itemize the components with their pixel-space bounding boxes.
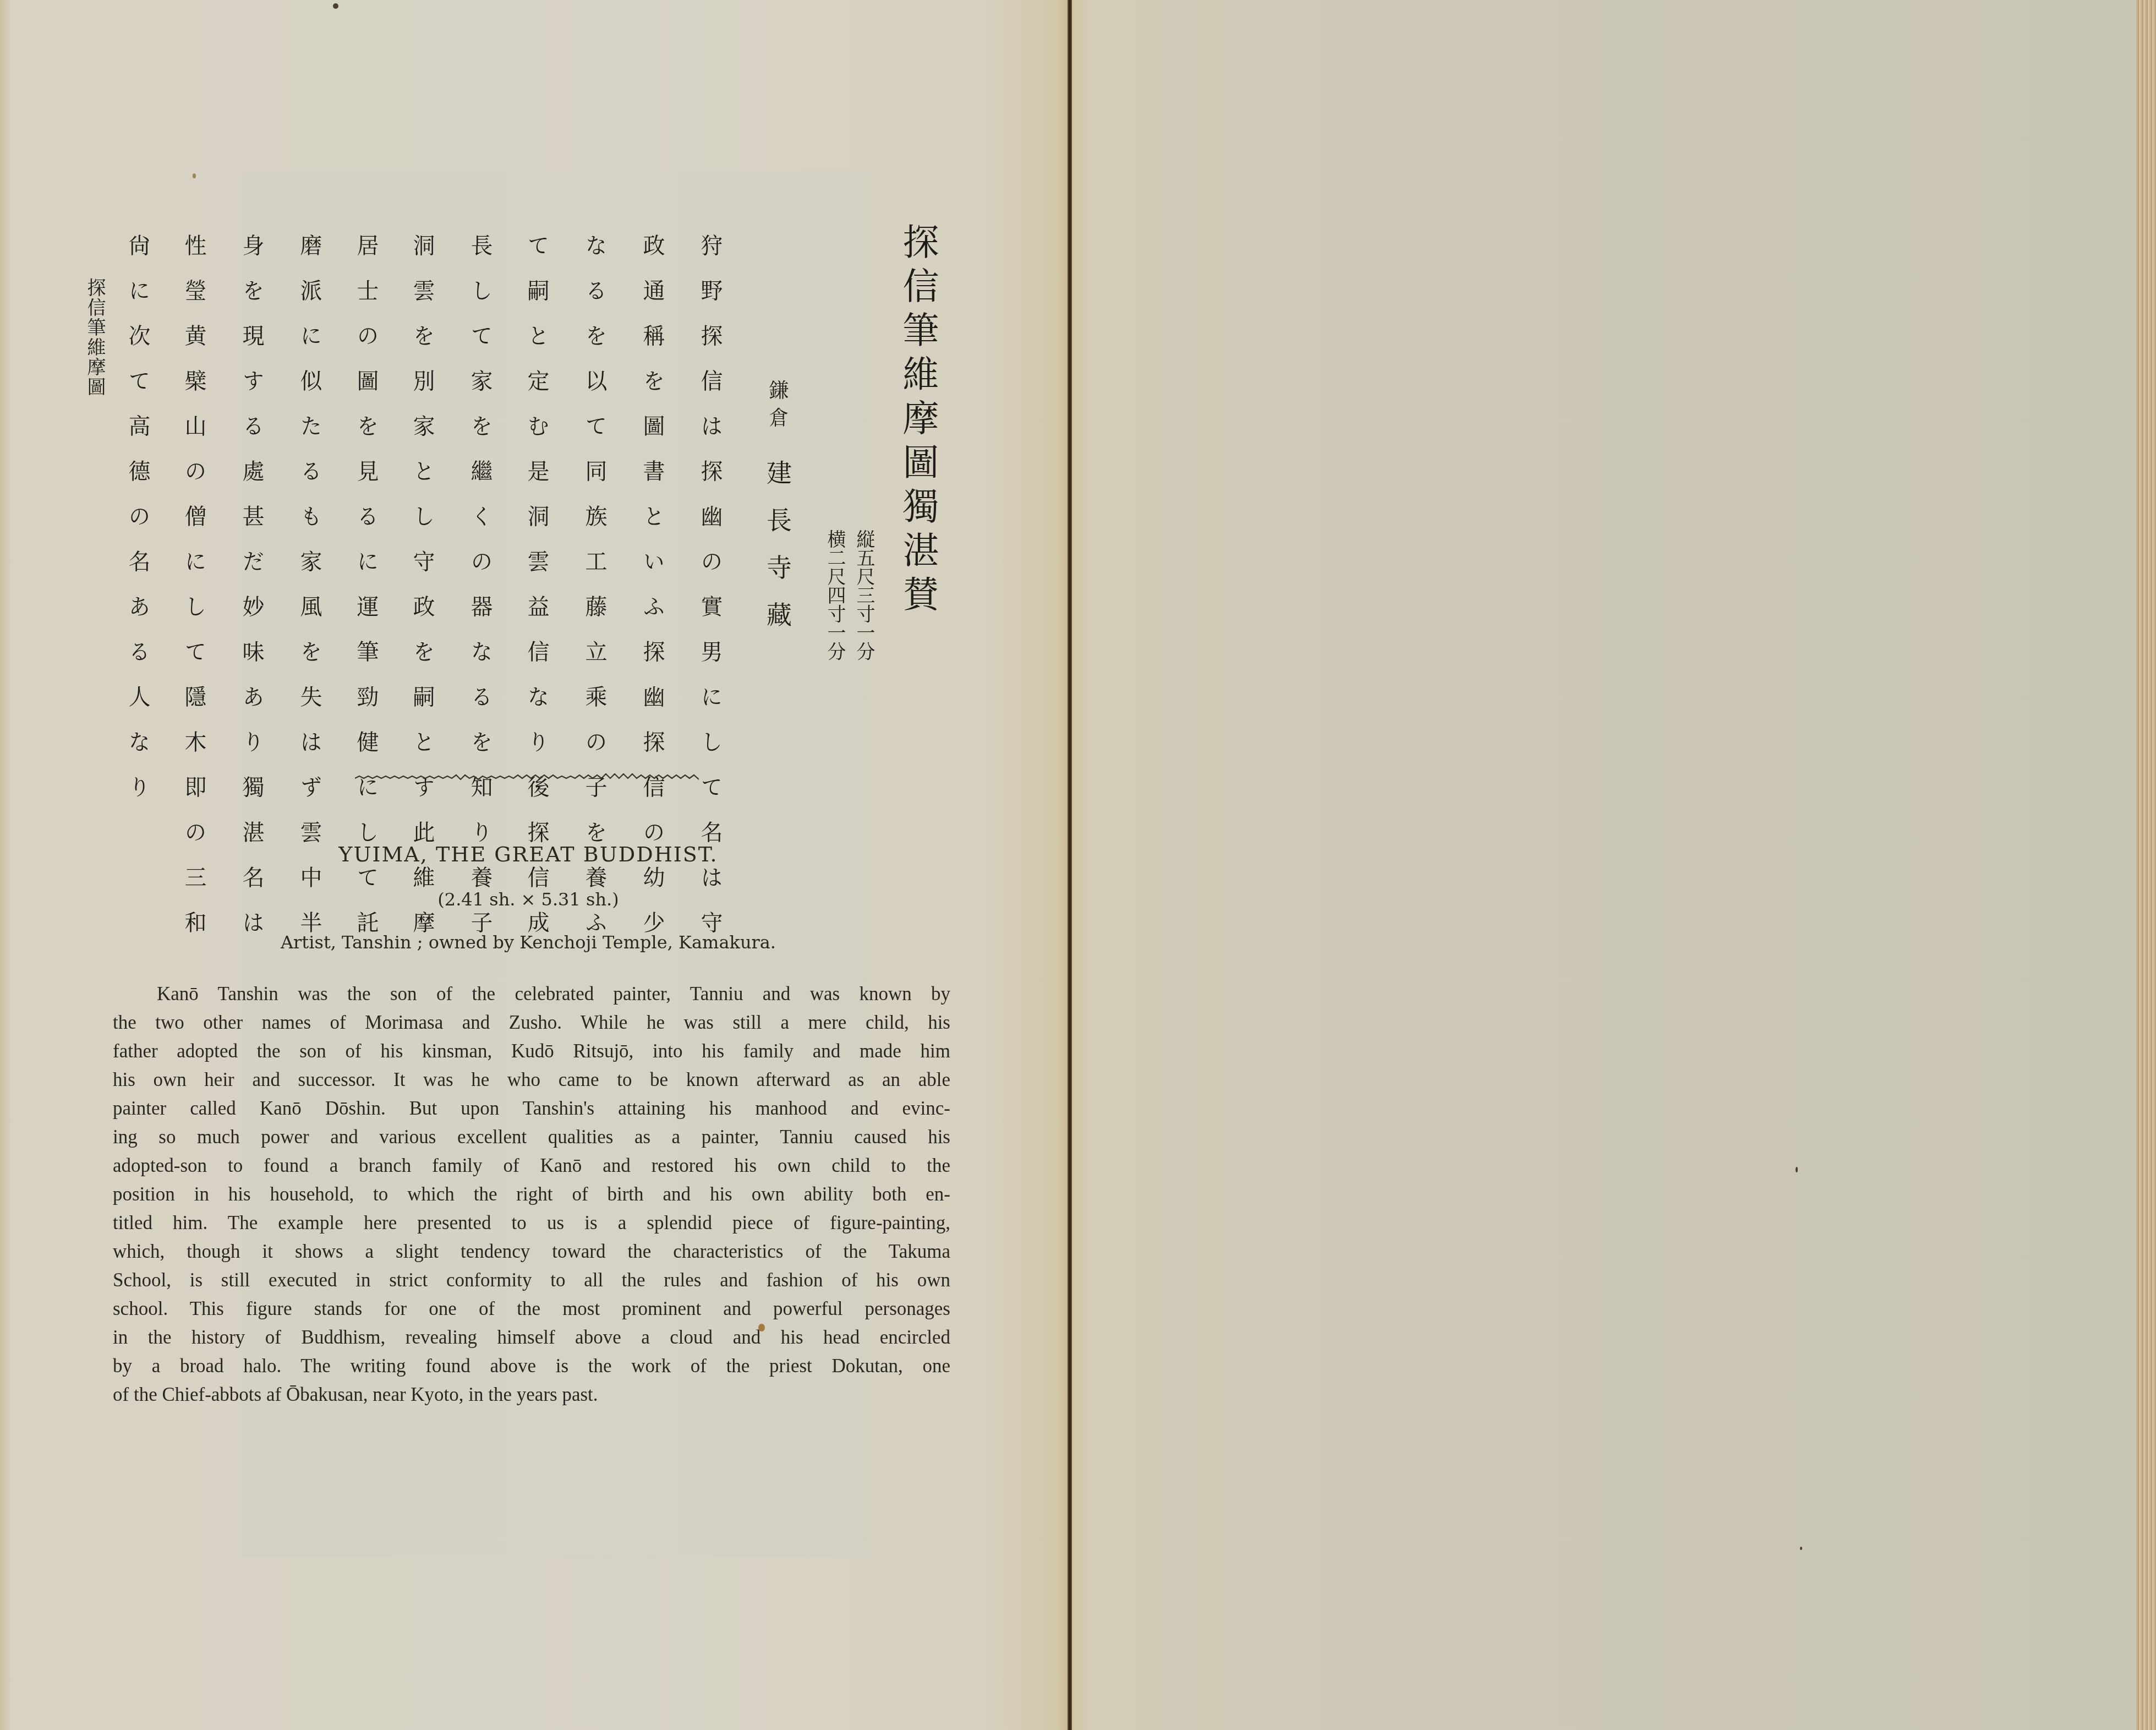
wavy-divider — [355, 771, 699, 784]
body-line: School, is still executed in strict conf… — [113, 1266, 950, 1295]
body-line: by a broad halo. The writing found above… — [113, 1352, 950, 1380]
body-line: the two other names of Morimasa and Zush… — [113, 1008, 950, 1037]
plate-caption: 探信筆維摩圖 — [81, 278, 108, 397]
dimension-width: 横二尺四寸一分 — [825, 530, 844, 661]
page-block-edge — [2136, 0, 2156, 1730]
body-line: adopted-son to found a branch family of … — [113, 1151, 950, 1180]
body-line: father adopted the son of his kinsman, K… — [113, 1037, 950, 1066]
owner-temple: 建長寺藏 — [759, 460, 796, 649]
right-page-blank — [1072, 0, 2136, 1730]
paper-speck — [333, 3, 338, 9]
paper-stain — [758, 1324, 765, 1331]
english-body-paragraph: Kanō Tanshin was the son of the celebrat… — [113, 980, 950, 1409]
english-heading: YUIMA, THE GREAT BUDDHIST. — [275, 842, 781, 866]
english-dimensions: (2.41 sh. × 5.31 sh.) — [275, 889, 781, 910]
body-column-9: 身を現する處甚だ妙味あり獨湛名は — [240, 234, 262, 956]
left-page: 探信筆維摩圖獨湛賛 縦五尺三寸一分 横二尺四寸一分 鎌倉 建長寺藏 狩野探信は探… — [0, 0, 1070, 1730]
body-line: painter called Kanō Dōshin. But upon Tan… — [113, 1094, 950, 1123]
body-line: ing so much power and various excellent … — [113, 1123, 950, 1151]
book-gutter — [1068, 0, 1072, 1730]
japanese-title: 探信筆維摩圖獨湛賛 — [891, 223, 944, 619]
body-line: of the Chief-abbots af Ōbakusan, near Ky… — [113, 1380, 950, 1409]
owner-city: 鎌倉 — [763, 380, 791, 435]
english-artist-line: Artist, Tanshin ; owned by Kenchoji Temp… — [165, 932, 891, 953]
body-line: which, though it shows a slight tendency… — [113, 1237, 950, 1266]
body-column-11: 尙に次て高德の名ある人なり — [127, 234, 149, 821]
body-line: titled him. The example here presented t… — [113, 1209, 950, 1237]
body-column-10: 性瑩黄檗山の僧にして隱木即の三和 — [183, 234, 205, 956]
dimension-height: 縦五尺三寸一分 — [855, 530, 873, 661]
body-line: position in his household, to which the … — [113, 1180, 950, 1209]
body-line: Kanō Tanshin was the son of the celebrat… — [113, 980, 950, 1008]
paper-speck — [1796, 1167, 1798, 1172]
body-line: school. This figure stands for one of th… — [113, 1295, 950, 1323]
paper-speck — [1800, 1547, 1802, 1550]
body-line: in the history of Buddhism, revealing hi… — [113, 1323, 950, 1352]
paper-speck — [193, 173, 196, 178]
body-line: his own heir and successor. It was he wh… — [113, 1066, 950, 1094]
